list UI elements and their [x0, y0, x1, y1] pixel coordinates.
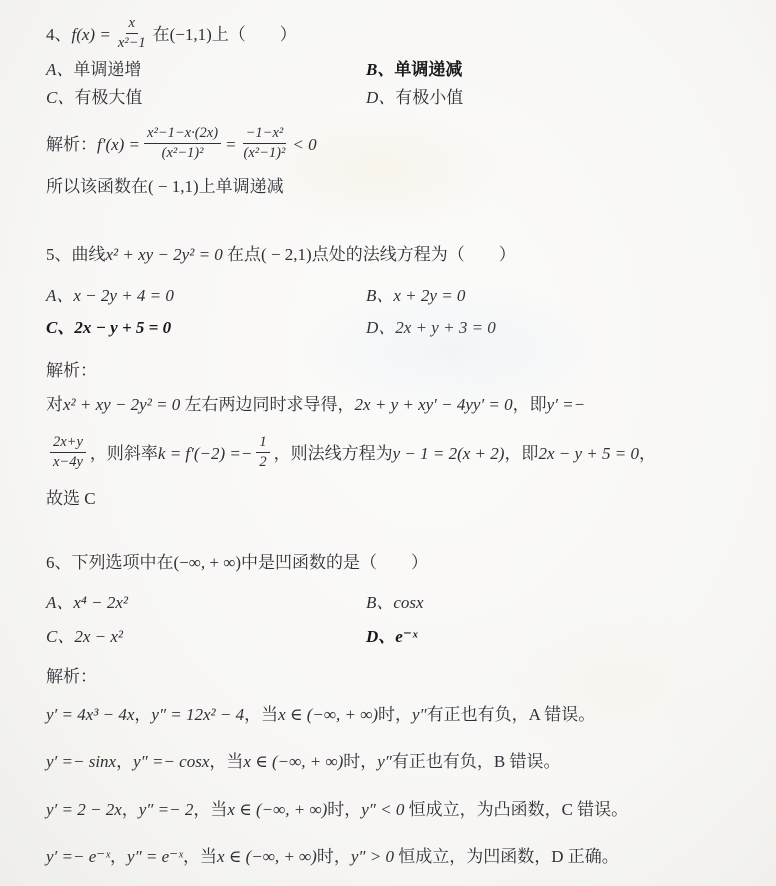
text-segment: (−∞, + ∞) [174, 553, 242, 572]
text-segment: y′ = 2 − 2x [46, 800, 122, 819]
text-segment: 所以该函数在 [46, 177, 148, 196]
text-segment: ， [116, 752, 133, 771]
text-segment: 2x + y + xy′ − 4yy′ = 0 [355, 395, 513, 414]
text-segment: ， [134, 705, 151, 724]
text-segment: ，当 [183, 847, 217, 866]
document-page: 4、 f(x) =xx²−1在(−1,1)上（ ） A、单调递增 B、单调递减 … [0, 0, 776, 886]
question-5-solution-label: 解析： [46, 360, 748, 382]
text-segment: y″ =− cosx [133, 752, 209, 771]
fraction: 12 [256, 434, 269, 469]
question-4: 4、 f(x) =xx²−1在(−1,1)上（ ） A、单调递增 B、单调递减 … [46, 12, 748, 200]
text-segment: ， [110, 847, 127, 866]
text-segment: D、 [366, 627, 395, 646]
question-6-solution-line-4: y′ =− e⁻ˣ，y″ = e⁻ˣ，当x ∈ (−∞, + ∞)时，y″ > … [46, 846, 748, 868]
question-5-option-b: B、x + 2y = 0 [366, 280, 748, 312]
fraction: 2x+yx−4y [50, 434, 86, 469]
fraction: xx²−1 [115, 15, 149, 50]
question-5-option-d: D、2x + y + 3 = 0 [366, 312, 748, 344]
text-segment: y″ =− 2 [139, 800, 194, 819]
text-segment: y′ =− sinx [46, 752, 116, 771]
question-4-options: A、单调递增 B、单调递减 C、有极大值 D、有极小值 [46, 56, 748, 112]
fraction-denominator: x²−1 [115, 34, 149, 51]
question-6-option-a: A、x⁴ − 2x² [46, 586, 366, 620]
question-5-option-c: C、2x − y + 5 = 0 [46, 312, 366, 344]
fraction-numerator: x²−1−x·(2x) [144, 125, 221, 143]
text-segment: 5、曲线 [46, 245, 106, 264]
text-segment: 时， [378, 705, 412, 724]
text-segment: ，当 [209, 752, 243, 771]
question-6: 6、下列选项中在(−∞, + ∞)中是凹函数的是（ ） A、x⁴ − 2x² B… [46, 552, 748, 868]
text-segment: ，即 [513, 395, 547, 414]
text-segment: 解析： [46, 134, 97, 157]
text-segment: A、 [46, 60, 73, 79]
text-segment: 2x − x² [74, 627, 123, 646]
text-segment: (−1,1) [170, 24, 212, 47]
text-segment: C、 [46, 627, 74, 646]
text-segment: x² + xy − 2y² = 0 [63, 395, 185, 414]
text-segment: 有极大值 [74, 88, 142, 107]
text-segment: x² + xy − 2y² = 0 [106, 245, 228, 264]
text-segment: y″ [377, 752, 392, 771]
question-5: 5、曲线x² + xy − 2y² = 0 在点( − 2,1)点处的法线方程为… [46, 244, 748, 510]
fraction: −1−x²(x²−1)² [241, 125, 289, 160]
question-4-solution-line-2: 所以该函数在( − 1,1)上单调递减 [46, 176, 748, 200]
text-segment: 恒成立，为凸函数，C 错误。 [409, 800, 629, 819]
text-segment: x ∈ (−∞, + ∞) [227, 800, 327, 819]
text-segment: y′ =− e⁻ˣ [46, 847, 110, 866]
text-segment: C、 [46, 88, 74, 107]
text-segment: cosx [393, 593, 423, 612]
text-segment: y″ = e⁻ˣ [127, 847, 183, 866]
text-segment: x⁴ − 2x² [73, 593, 128, 612]
text-segment: < 0 [292, 134, 316, 157]
text-segment: 4、 [46, 24, 72, 47]
question-6-option-d: D、e⁻ˣ [366, 620, 748, 654]
text-segment: 解析： [46, 361, 97, 380]
fraction-denominator: x−4y [50, 453, 86, 470]
question-4-stem: 4、 f(x) =xx²−1在(−1,1)上（ ） [46, 12, 748, 56]
text-segment: x ∈ (−∞, + ∞) [278, 705, 378, 724]
text-segment: = [225, 134, 236, 157]
fraction: x²−1−x·(2x)(x²−1)² [144, 125, 221, 160]
question-6-option-c: C、2x − x² [46, 620, 366, 654]
text-segment: y′ =− [547, 395, 585, 414]
text-segment: x ∈ (−∞, + ∞) [243, 752, 343, 771]
fraction-numerator: x [126, 15, 138, 33]
text-segment: y′ = 4x³ − 4x [46, 705, 134, 724]
text-segment: 左右两边同时求导得， [185, 395, 355, 414]
question-6-solution-label: 解析： [46, 666, 748, 688]
text-segment: 有正也有负，B 错误。 [392, 752, 561, 771]
question-5-solution-answer: 故选 C [46, 488, 748, 510]
text-segment: ，当 [193, 800, 227, 819]
fraction-numerator: −1−x² [243, 125, 287, 143]
text-segment: e⁻ˣ [395, 627, 417, 646]
text-segment: 有极小值 [395, 88, 463, 107]
text-segment: B、 [366, 60, 394, 79]
text-segment: 时， [317, 847, 351, 866]
text-segment: 点处的法线方程为（ ） [312, 245, 516, 264]
text-segment: A、 [46, 286, 73, 305]
text-segment: f′(x) = [97, 134, 140, 157]
question-5-solution-line-2: 2x+yx−4y，则斜率k = f′(−2) =−12，则法线方程为y − 1 … [46, 428, 748, 480]
text-segment: D、 [366, 318, 395, 337]
text-segment: y − 1 = 2(x + 2) [393, 443, 505, 466]
text-segment: A、 [46, 593, 73, 612]
text-segment: 时， [343, 752, 377, 771]
text-segment: 故选 [46, 489, 84, 508]
fraction-denominator: (x²−1)² [159, 144, 207, 161]
text-segment: ( − 2,1) [261, 245, 312, 264]
text-segment: C、 [46, 318, 74, 337]
question-4-option-d: D、有极小值 [366, 84, 748, 112]
question-5-option-a: A、x − 2y + 4 = 0 [46, 280, 366, 312]
text-segment: 单调递减 [394, 60, 462, 79]
text-segment: 中是凹函数的是（ ） [241, 553, 428, 572]
text-segment: 有正也有负，A 错误。 [427, 705, 596, 724]
question-4-option-b: B、单调递减 [366, 56, 748, 84]
text-segment: ( − 1,1) [148, 177, 199, 196]
text-segment: D、 [366, 88, 395, 107]
text-segment: 2x − y + 5 = 0 [74, 318, 171, 337]
text-segment: x ∈ (−∞, + ∞) [217, 847, 317, 866]
text-segment: ，即 [504, 443, 538, 466]
text-segment: 2x − y + 5 = 0 [538, 443, 639, 466]
fraction-denominator: 2 [256, 453, 269, 470]
text-segment: ， [639, 443, 656, 466]
text-segment: ，当 [244, 705, 278, 724]
text-segment: y″ > 0 [351, 847, 398, 866]
text-segment: 上（ ） [212, 24, 297, 47]
fraction-denominator: (x²−1)² [241, 144, 289, 161]
question-6-options: A、x⁴ − 2x² B、cosx C、2x − x² D、e⁻ˣ [46, 586, 748, 654]
text-segment: y″ = 12x² − 4 [151, 705, 244, 724]
fraction-numerator: 1 [256, 434, 269, 452]
question-6-solution-line-2: y′ =− sinx，y″ =− cosx，当x ∈ (−∞, + ∞)时，y″… [46, 751, 748, 773]
text-segment: 2x + y + 3 = 0 [395, 318, 496, 337]
text-segment: x + 2y = 0 [393, 286, 465, 305]
text-segment: 上单调递减 [199, 177, 284, 196]
text-segment: k = f′(−2) =− [158, 443, 252, 466]
question-4-option-a: A、单调递增 [46, 56, 366, 84]
question-5-stem: 5、曲线x² + xy − 2y² = 0 在点( − 2,1)点处的法线方程为… [46, 244, 748, 270]
text-segment: 在 [153, 24, 170, 47]
text-segment: 对 [46, 395, 63, 414]
question-6-solution-line-3: y′ = 2 − 2x，y″ =− 2，当x ∈ (−∞, + ∞)时，y″ <… [46, 799, 748, 821]
question-4-solution-line-1: 解析： f′(x) =x²−1−x·(2x)(x²−1)² = −1−x²(x²… [46, 118, 748, 172]
text-segment: f(x) = [72, 24, 111, 47]
text-segment: 单调递增 [73, 60, 141, 79]
fraction-numerator: 2x+y [50, 434, 86, 452]
text-segment: ，则斜率 [90, 443, 158, 466]
text-segment: y″ < 0 [361, 800, 408, 819]
question-4-option-c: C、有极大值 [46, 84, 366, 112]
text-segment: B、 [366, 286, 393, 305]
question-6-solution-line-1: y′ = 4x³ − 4x，y″ = 12x² − 4，当x ∈ (−∞, + … [46, 704, 748, 726]
question-5-options: A、x − 2y + 4 = 0 B、x + 2y = 0 C、2x − y +… [46, 280, 748, 344]
question-5-solution-line-1: 对x² + xy − 2y² = 0 左右两边同时求导得，2x + y + xy… [46, 394, 748, 420]
text-segment: C [84, 489, 95, 508]
text-segment: 恒成立，为凹函数，D 正确。 [398, 847, 619, 866]
question-6-option-b: B、cosx [366, 586, 748, 620]
text-segment: ，则法线方程为 [274, 443, 393, 466]
text-segment: 时， [327, 800, 361, 819]
text-segment: ， [122, 800, 139, 819]
text-segment: B、 [366, 593, 393, 612]
text-segment: 6、下列选项中在 [46, 553, 174, 572]
text-segment: 在点 [227, 245, 261, 264]
text-segment: y″ [412, 705, 427, 724]
text-segment: x − 2y + 4 = 0 [73, 286, 174, 305]
question-6-stem: 6、下列选项中在(−∞, + ∞)中是凹函数的是（ ） [46, 552, 748, 578]
text-segment: 解析： [46, 667, 97, 686]
